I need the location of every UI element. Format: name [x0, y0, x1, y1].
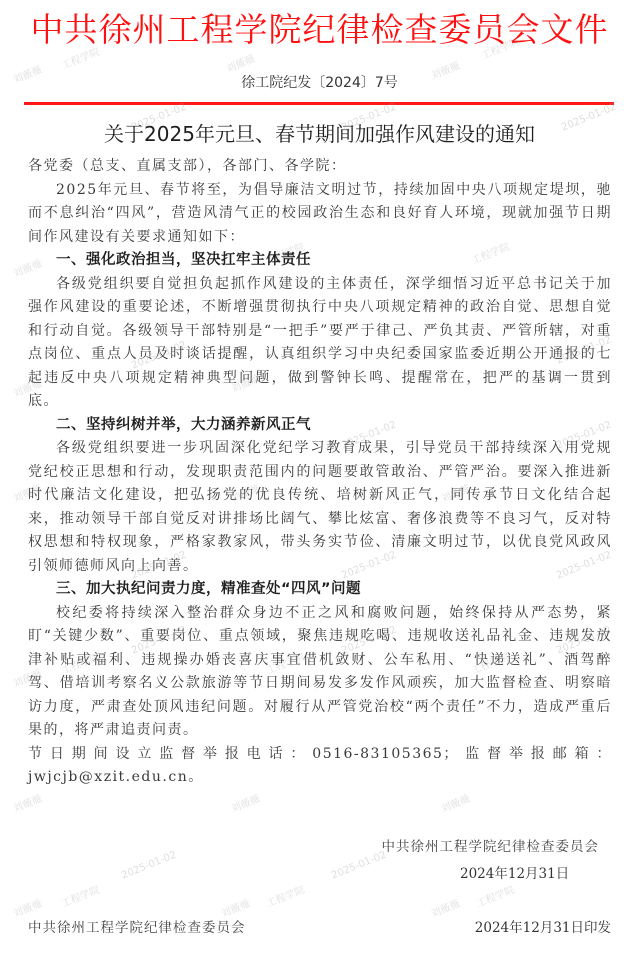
watermark-name: 刘薇薇 [10, 790, 43, 815]
section-heading-1: 一、强化政治担当，坚决扛牢主体责任 [28, 249, 612, 273]
intro-paragraph: 2025年元旦、春节将至，为倡导廉洁文明过节，持续加固中央八项规定堤坝，驰而不息… [28, 179, 612, 250]
watermark-name: 刘薇薇 [228, 790, 261, 815]
section-body-3: 校纪委将持续深入整治群众身边不正之风和腐败问题，始终保持从严态势，紧盯“关键少数… [28, 602, 612, 743]
watermark-date: 2025-01-02 [330, 850, 388, 882]
contact-line: 节日期间设立监督举报电话：0516-83105365；监督举报邮箱：jwjcjb… [28, 743, 612, 790]
watermark-org: 工程学院 [264, 881, 307, 910]
red-divider [24, 102, 614, 105]
section-heading-2: 二、坚持纠树并举，大力涵养新风正气 [28, 414, 612, 438]
watermark-name: 刘薇薇 [438, 790, 471, 815]
signature-org: 中共徐州工程学院纪律检查委员会 [382, 835, 600, 855]
document-number: 徐工院纪发〔2024〕7号 [0, 72, 639, 92]
watermark-org: 工程学院 [59, 881, 102, 910]
signature-date: 2024年12月31日 [460, 862, 569, 882]
footer-print-date: 2024年12月31日印发 [475, 916, 611, 936]
document-page: 中共徐州工程学院纪律检查委员会文件 徐工院纪发〔2024〕7号 关于2025年元… [0, 0, 639, 954]
document-header-title: 中共徐州工程学院纪律检查委员会文件 [0, 8, 639, 52]
watermark-date: 2025-01-02 [120, 850, 178, 882]
salutation: 各党委（总支、直属支部），各部门、各学院： [28, 155, 612, 179]
section-body-2: 各级党组织要进一步巩固深化党纪学习教育成果，引导党员干部持续深入用党规党纪校正思… [28, 437, 612, 578]
footer-org: 中共徐州工程学院纪律检查委员会 [28, 916, 246, 936]
section-heading-3: 三、加大执纪问责力度，精准查处“四风”问题 [28, 578, 612, 602]
notice-title: 关于2025年元旦、春节期间加强作风建设的通知 [0, 120, 639, 148]
watermark-org: 工程学院 [474, 881, 517, 910]
notice-body: 各党委（总支、直属支部），各部门、各学院： 2025年元旦、春节将至，为倡导廉洁… [28, 155, 612, 790]
watermark-name: 刘薇薇 [428, 895, 461, 920]
section-body-1: 各级党组织要自觉担负起抓作风建设的主体责任，深学细悟习近平总书记关于加强作风建设… [28, 273, 612, 414]
